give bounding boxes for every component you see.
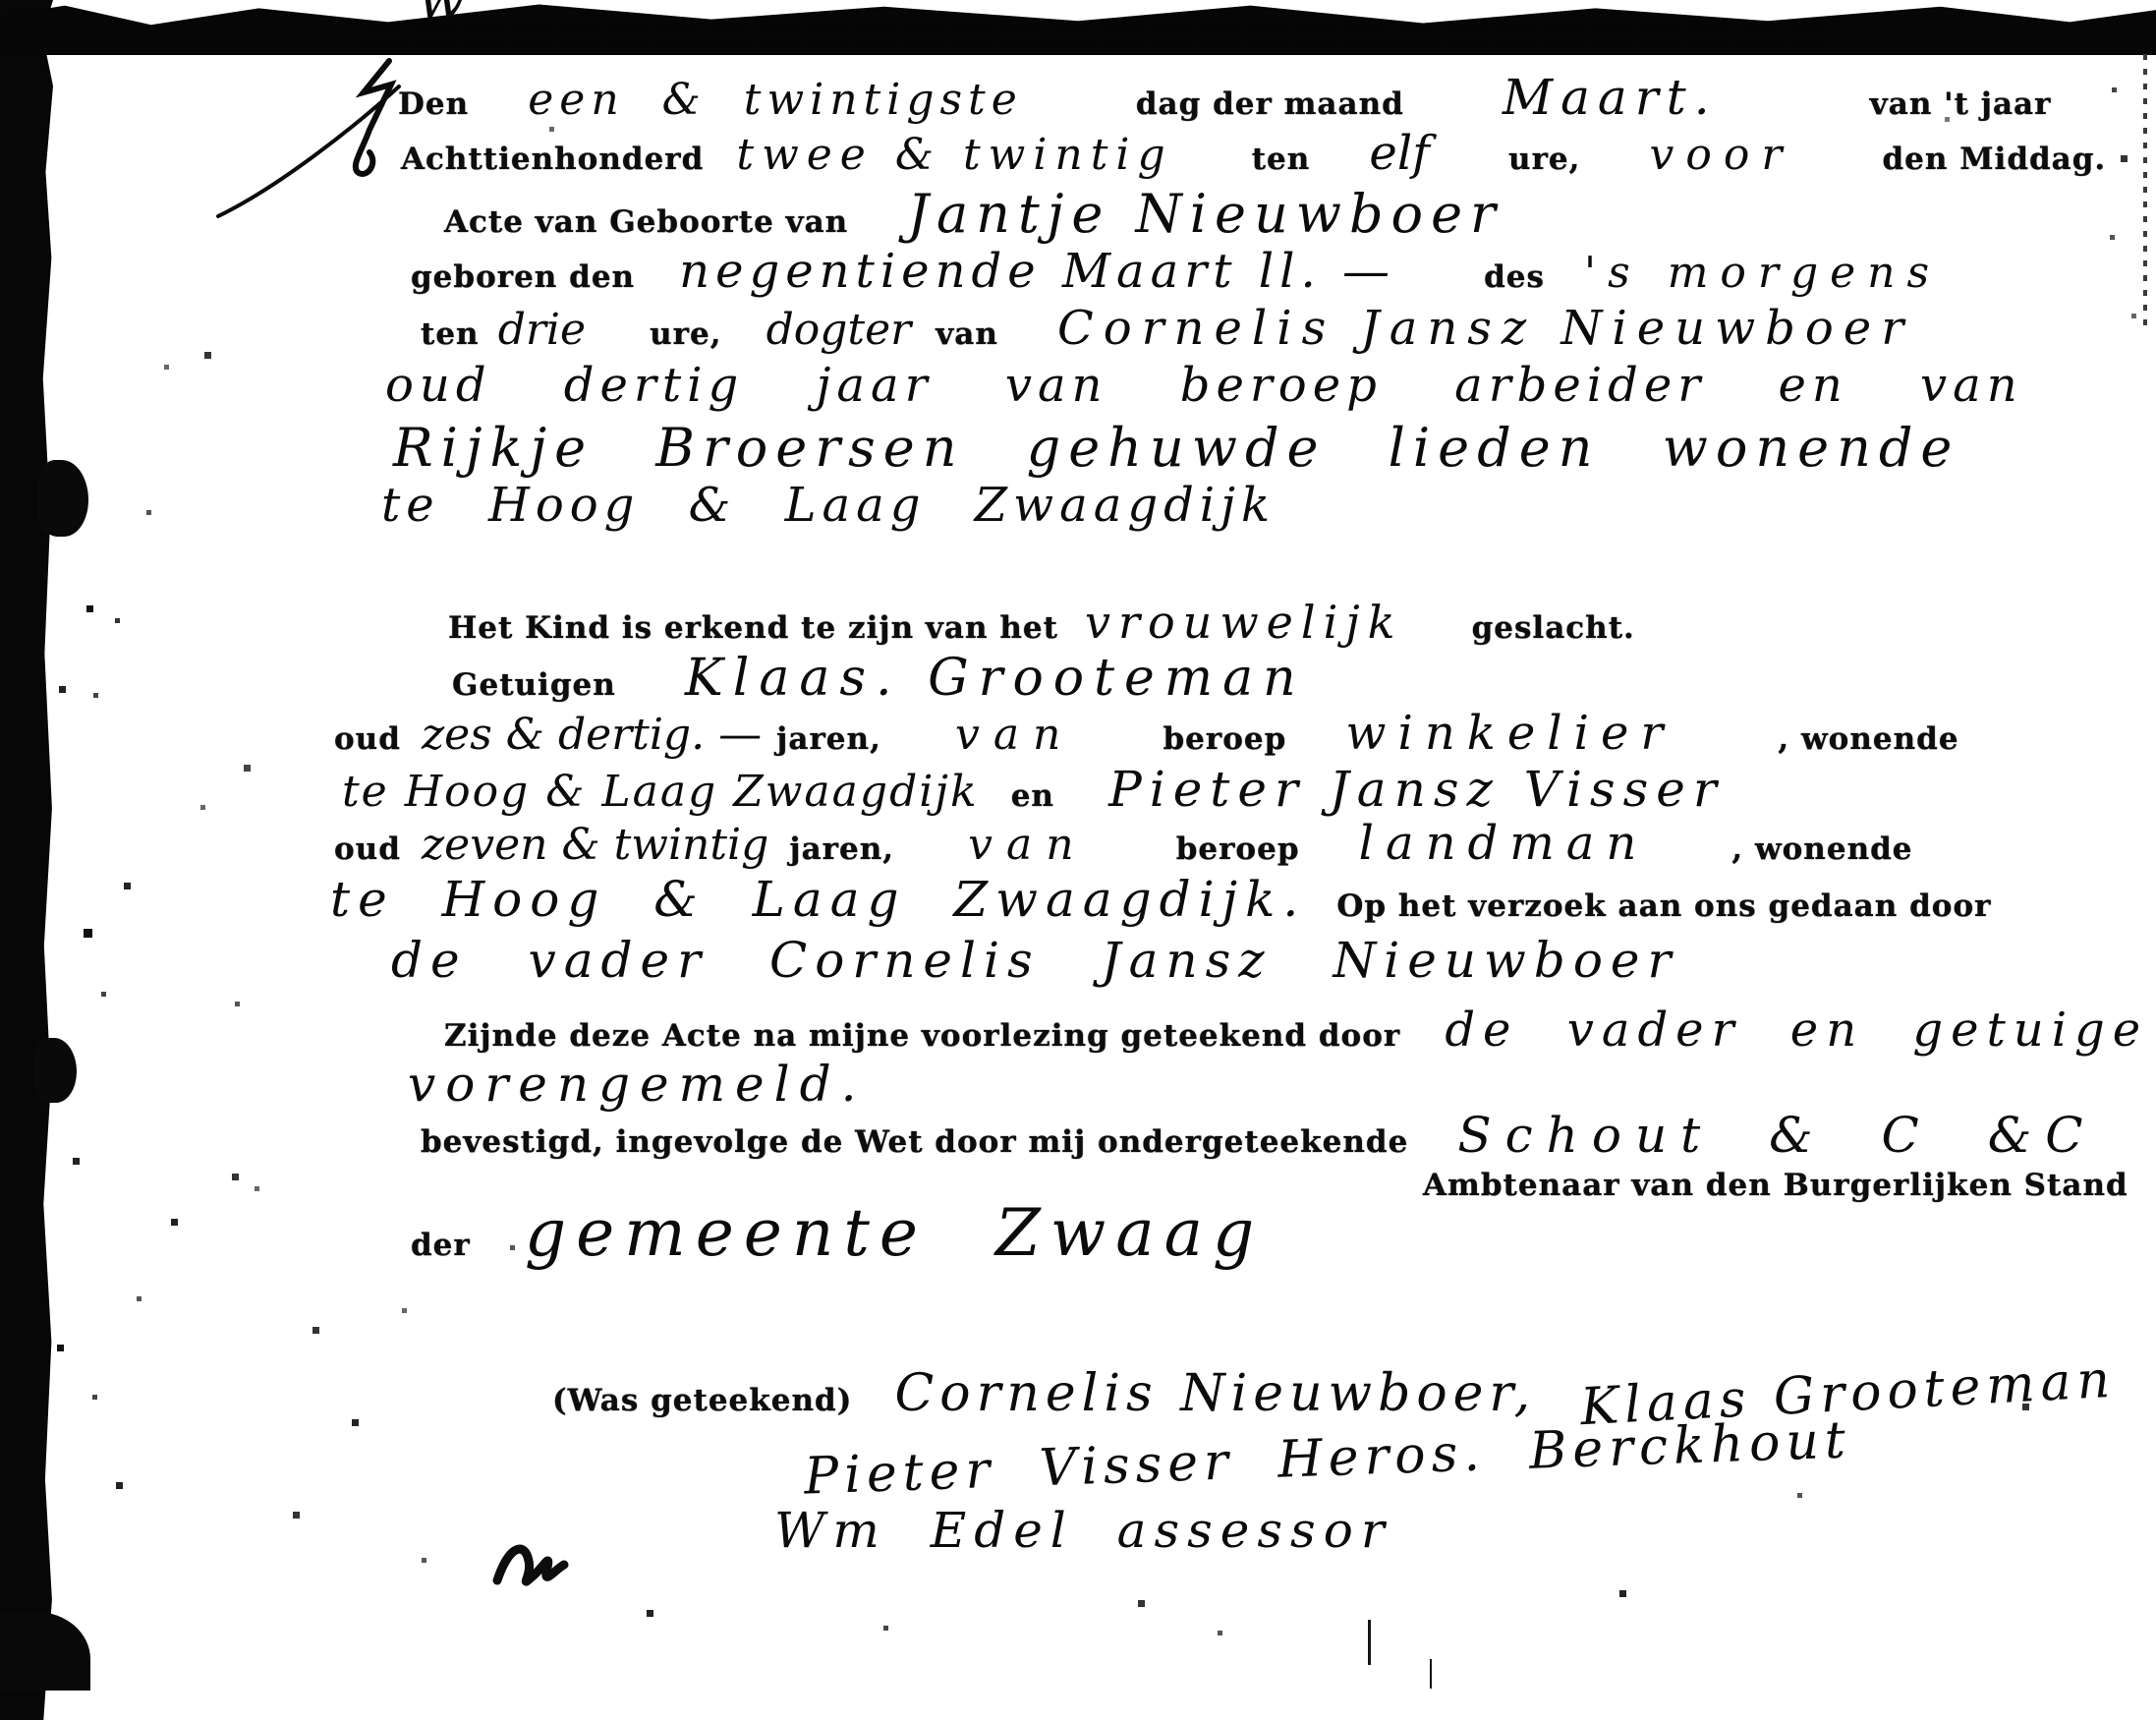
hw-witness-1-residence: te Hoog & Laag Zwaagdijk <box>342 767 979 817</box>
line-witness-2-name: te Hoog & Laag Zwaagdijk en Pieter Jansz… <box>342 761 1725 818</box>
printed-geboren-den: geboren den <box>411 259 635 295</box>
printed-der: der <box>411 1228 471 1263</box>
printed-ure: ure, <box>1508 142 1580 177</box>
hw-birth-date: negentiende Maart ll. — <box>679 244 1395 299</box>
line-confirmed: bevestigd, ingevolge de Wet door mij ond… <box>421 1107 2096 1164</box>
scan-blob <box>37 460 88 537</box>
line-father-age-occupation: oud dertig jaar van beroep arbeider en v… <box>385 358 2023 413</box>
line-parents-residence: te Hoog & Laag Zwaagdijk <box>381 478 1276 533</box>
line-read-aloud: Zijnde deze Acte na mijne voorlezing get… <box>444 1003 2148 1058</box>
line-vorengemeld: vorengemeld. <box>408 1056 867 1113</box>
printed-des: des <box>1484 259 1545 295</box>
hw-signed-by: de vader en getuige <box>1445 1003 2148 1058</box>
hw-father-age-occupation: oud dertig jaar van beroep arbeider en v… <box>385 358 2023 413</box>
printed-jaren: jaren, <box>776 721 881 757</box>
hw-day-of-month: een & twintigste <box>528 75 1023 125</box>
printed-achttienhonderd: Achttienhonderd <box>401 142 704 177</box>
hw-van: van <box>955 710 1074 760</box>
top-rule-upper <box>362 26 1828 33</box>
printed-geslacht: geslacht. <box>1472 610 1635 646</box>
printed-dag-der-maand: dag der maand <box>1136 86 1404 122</box>
line-gemeente: der gemeente Zwaag <box>411 1195 1264 1271</box>
printed-op-het-verzoek: Op het verzoek aan ons gedaan door <box>1336 889 1991 924</box>
hw-month: Maart. <box>1503 69 1718 126</box>
scan-scratch <box>1368 1620 1371 1665</box>
line-act-year-hour: Achttienhonderd twee & twintig ten elf u… <box>401 126 2106 181</box>
hw-van2: van <box>968 820 1087 870</box>
paraph-flourish <box>197 47 432 234</box>
ink-blot <box>489 1516 607 1609</box>
line-born-hour-father: ten drie ure, dogter van Cornelis Jansz … <box>421 301 1913 356</box>
printed-ure2: ure, <box>650 316 721 352</box>
line-witness-2-details: oud zeven & twintig jaren, van beroep la… <box>334 816 1913 871</box>
line-mother-name: Rijkje Broersen gehuwde lieden wonende <box>393 417 1959 479</box>
line-signatures-1: (Was geteekend) Cornelis Nieuwboer, Klaa… <box>552 1364 2116 1423</box>
hw-witness-2-occupation: landman <box>1359 816 1649 871</box>
printed-ten2: ten <box>421 316 480 352</box>
scan-blob <box>0 1612 90 1691</box>
hw-witness-1-age: zes & dertig. — <box>422 710 762 760</box>
printed-acte-van-geboorte-van: Acte van Geboorte van <box>444 204 848 240</box>
hw-witness-1-name: Klaas. Grooteman <box>685 649 1306 708</box>
hw-signature-cornelis: Cornelis Nieuwboer, <box>894 1364 1536 1423</box>
line-signatures-2: Pieter Visser Heros. Berckhout <box>804 1429 1851 1488</box>
printed-was-geteekend: (Was geteekend) <box>552 1383 852 1418</box>
hw-dogter: dogter <box>766 305 912 355</box>
hw-parents-residence: te Hoog & Laag Zwaagdijk <box>381 478 1276 533</box>
printed-getuigen: Getuigen <box>452 667 616 703</box>
line-born-date: geboren den negentiende Maart ll. — des … <box>411 244 1941 299</box>
hw-year: twee & twintig <box>736 130 1172 180</box>
printed-wonende2: , wonende <box>1731 831 1912 867</box>
top-rule-lower <box>362 40 1828 48</box>
scan-scratch <box>1430 1659 1432 1689</box>
hw-witness-1-occupation: winkelier <box>1345 706 1674 761</box>
printed-kind-erkend: Het Kind is erkend te zijn van het <box>448 610 1058 646</box>
printed-van-t-jaar: van 't jaar <box>1870 86 2052 122</box>
scan-dust-speckles <box>0 0 3 3</box>
line-witness-1-details: oud zes & dertig. — jaren, van beroep wi… <box>334 706 1959 761</box>
hw-signature-edel: Wm Edel assessor <box>774 1502 1392 1559</box>
printed-ambtenaar: Ambtenaar van den Burgerlijken Stand <box>1423 1168 2128 1203</box>
line-request: te Hoog & Laag Zwaagdijk. Op het verzoek… <box>330 871 1991 928</box>
line-declarant: de vader Cornelis Jansz Nieuwboer <box>391 932 1678 989</box>
printed-den: Den <box>398 86 469 122</box>
printed-van2: van <box>936 316 998 352</box>
printed-wonende: , wonende <box>1778 721 1958 757</box>
hw-declarant: de vader Cornelis Jansz Nieuwboer <box>391 932 1678 989</box>
hw-gemeente: gemeente Zwaag <box>525 1195 1264 1271</box>
scanned-birth-act-page: { "theme": { "ink": "#0b0b0b", "paper": … <box>0 0 2156 1720</box>
printed-beroep2: beroep <box>1176 831 1300 867</box>
line-signatures-3: Wm Edel assessor <box>774 1502 1392 1559</box>
hw-child-name: Jantje Nieuwboer <box>907 183 1504 245</box>
line-act-date: Den een & twintigste dag der maand Maart… <box>398 69 2051 126</box>
printed-ten: ten <box>1252 142 1311 177</box>
scan-edge-right-dots <box>2143 54 2147 329</box>
line-gender: Het Kind is erkend te zijn van het vrouw… <box>448 596 1635 649</box>
hw-mother-name: Rijkje Broersen gehuwde lieden wonende <box>393 417 1959 479</box>
line-ambtenaar: Ambtenaar van den Burgerlijken Stand <box>1423 1168 2128 1203</box>
printed-oud: oud <box>334 721 401 757</box>
printed-jaren2: jaren, <box>789 831 894 867</box>
scan-blob <box>33 1038 77 1103</box>
line-acte-van-geboorte: Acte van Geboorte van Jantje Nieuwboer <box>444 183 1504 245</box>
printed-den-middag: den Middag. <box>1883 142 2107 177</box>
hw-voor: voor <box>1650 130 1794 180</box>
scan-edge-left <box>0 0 53 1720</box>
hw-s-morgens: 's morgens <box>1584 248 1941 298</box>
hw-hour: elf <box>1369 126 1430 181</box>
printed-beroep: beroep <box>1163 721 1287 757</box>
hw-witness-2-name: Pieter Jansz Visser <box>1108 761 1725 818</box>
printed-en: en <box>1011 778 1054 814</box>
hw-gender: vrouwelijk <box>1085 596 1402 649</box>
hw-witness-2-residence: te Hoog & Laag Zwaagdijk. <box>330 871 1306 928</box>
hw-signature-pieter-berckhout: Pieter Visser Heros. Berckhout <box>803 1410 1851 1506</box>
hw-witness-2-age: zeven & twintig <box>422 820 768 870</box>
hw-father-name: Cornelis Jansz Nieuwboer <box>1057 301 1913 356</box>
hw-birth-hour: drie <box>498 305 586 355</box>
line-witness-1-name: Getuigen Klaas. Grooteman <box>452 649 1306 708</box>
top-edge-handwriting-fragment: w <box>418 0 467 31</box>
printed-bevestigd: bevestigd, ingevolge de Wet door mij ond… <box>421 1124 1408 1160</box>
hw-vorengemeld: vorengemeld. <box>408 1056 867 1113</box>
hw-official-signature: Schout & C &C <box>1457 1107 2096 1164</box>
printed-oud2: oud <box>334 831 401 867</box>
printed-zijnde-deze-acte: Zijnde deze Acte na mijne voorlezing get… <box>444 1018 1400 1054</box>
